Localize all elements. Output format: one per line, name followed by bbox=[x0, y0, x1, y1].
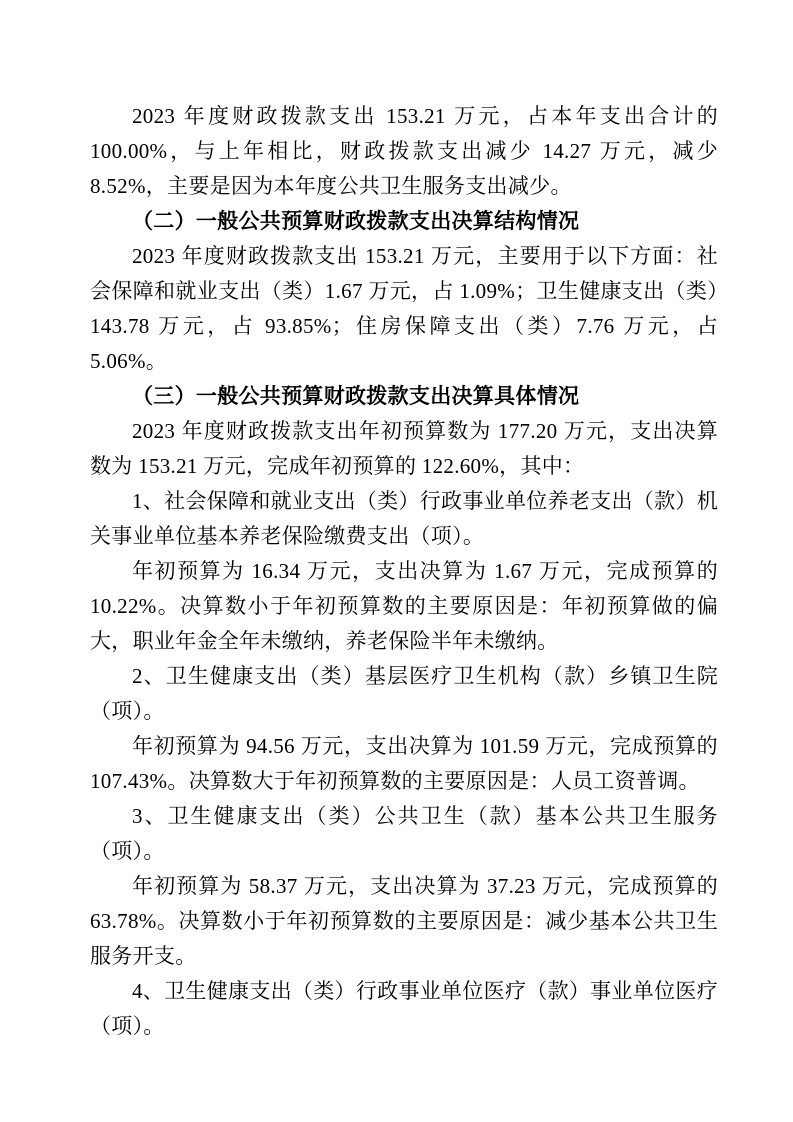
paragraph-fiscal-expenditure-overview: 2023 年度财政拨款支出 153.21 万元，占本年支出合计的 100.00%… bbox=[90, 99, 718, 204]
heading-section-2-expenditure-structure: （二）一般公共预算财政拨款支出决算结构情况 bbox=[90, 204, 718, 239]
document-page: 2023 年度财政拨款支出 153.21 万元，占本年支出合计的 100.00%… bbox=[0, 0, 793, 1122]
paragraph-item-4-institution-medical: 4、卫生健康支出（类）行政事业单位医疗（款）事业单位医疗（项）。 bbox=[90, 974, 718, 1044]
document-body: 2023 年度财政拨款支出 153.21 万元，占本年支出合计的 100.00%… bbox=[90, 99, 718, 1044]
paragraph-item-2-detail: 年初预算为 94.56 万元，支出决算为 101.59 万元，完成预算的 107… bbox=[90, 729, 718, 799]
paragraph-item-1-detail: 年初预算为 16.34 万元，支出决算为 1.67 万元，完成预算的 10.22… bbox=[90, 554, 718, 659]
paragraph-item-2-township-health-center: 2、卫生健康支出（类）基层医疗卫生机构（款）乡镇卫生院（项）。 bbox=[90, 659, 718, 729]
paragraph-item-1-social-security-pension: 1、社会保障和就业支出（类）行政事业单位养老支出（款）机关事业单位基本养老保险缴… bbox=[90, 484, 718, 554]
paragraph-item-3-detail: 年初预算为 58.37 万元，支出决算为 37.23 万元，完成预算的 63.7… bbox=[90, 869, 718, 974]
paragraph-item-3-basic-public-health: 3、卫生健康支出（类）公共卫生（款）基本公共卫生服务（项）。 bbox=[90, 799, 718, 869]
paragraph-budget-vs-final-accounts: 2023 年度财政拨款支出年初预算数为 177.20 万元，支出决算数为 153… bbox=[90, 414, 718, 484]
paragraph-expenditure-structure-detail: 2023 年度财政拨款支出 153.21 万元，主要用于以下方面：社会保障和就业… bbox=[90, 239, 718, 379]
heading-section-3-expenditure-specifics: （三）一般公共预算财政拨款支出决算具体情况 bbox=[90, 379, 718, 414]
